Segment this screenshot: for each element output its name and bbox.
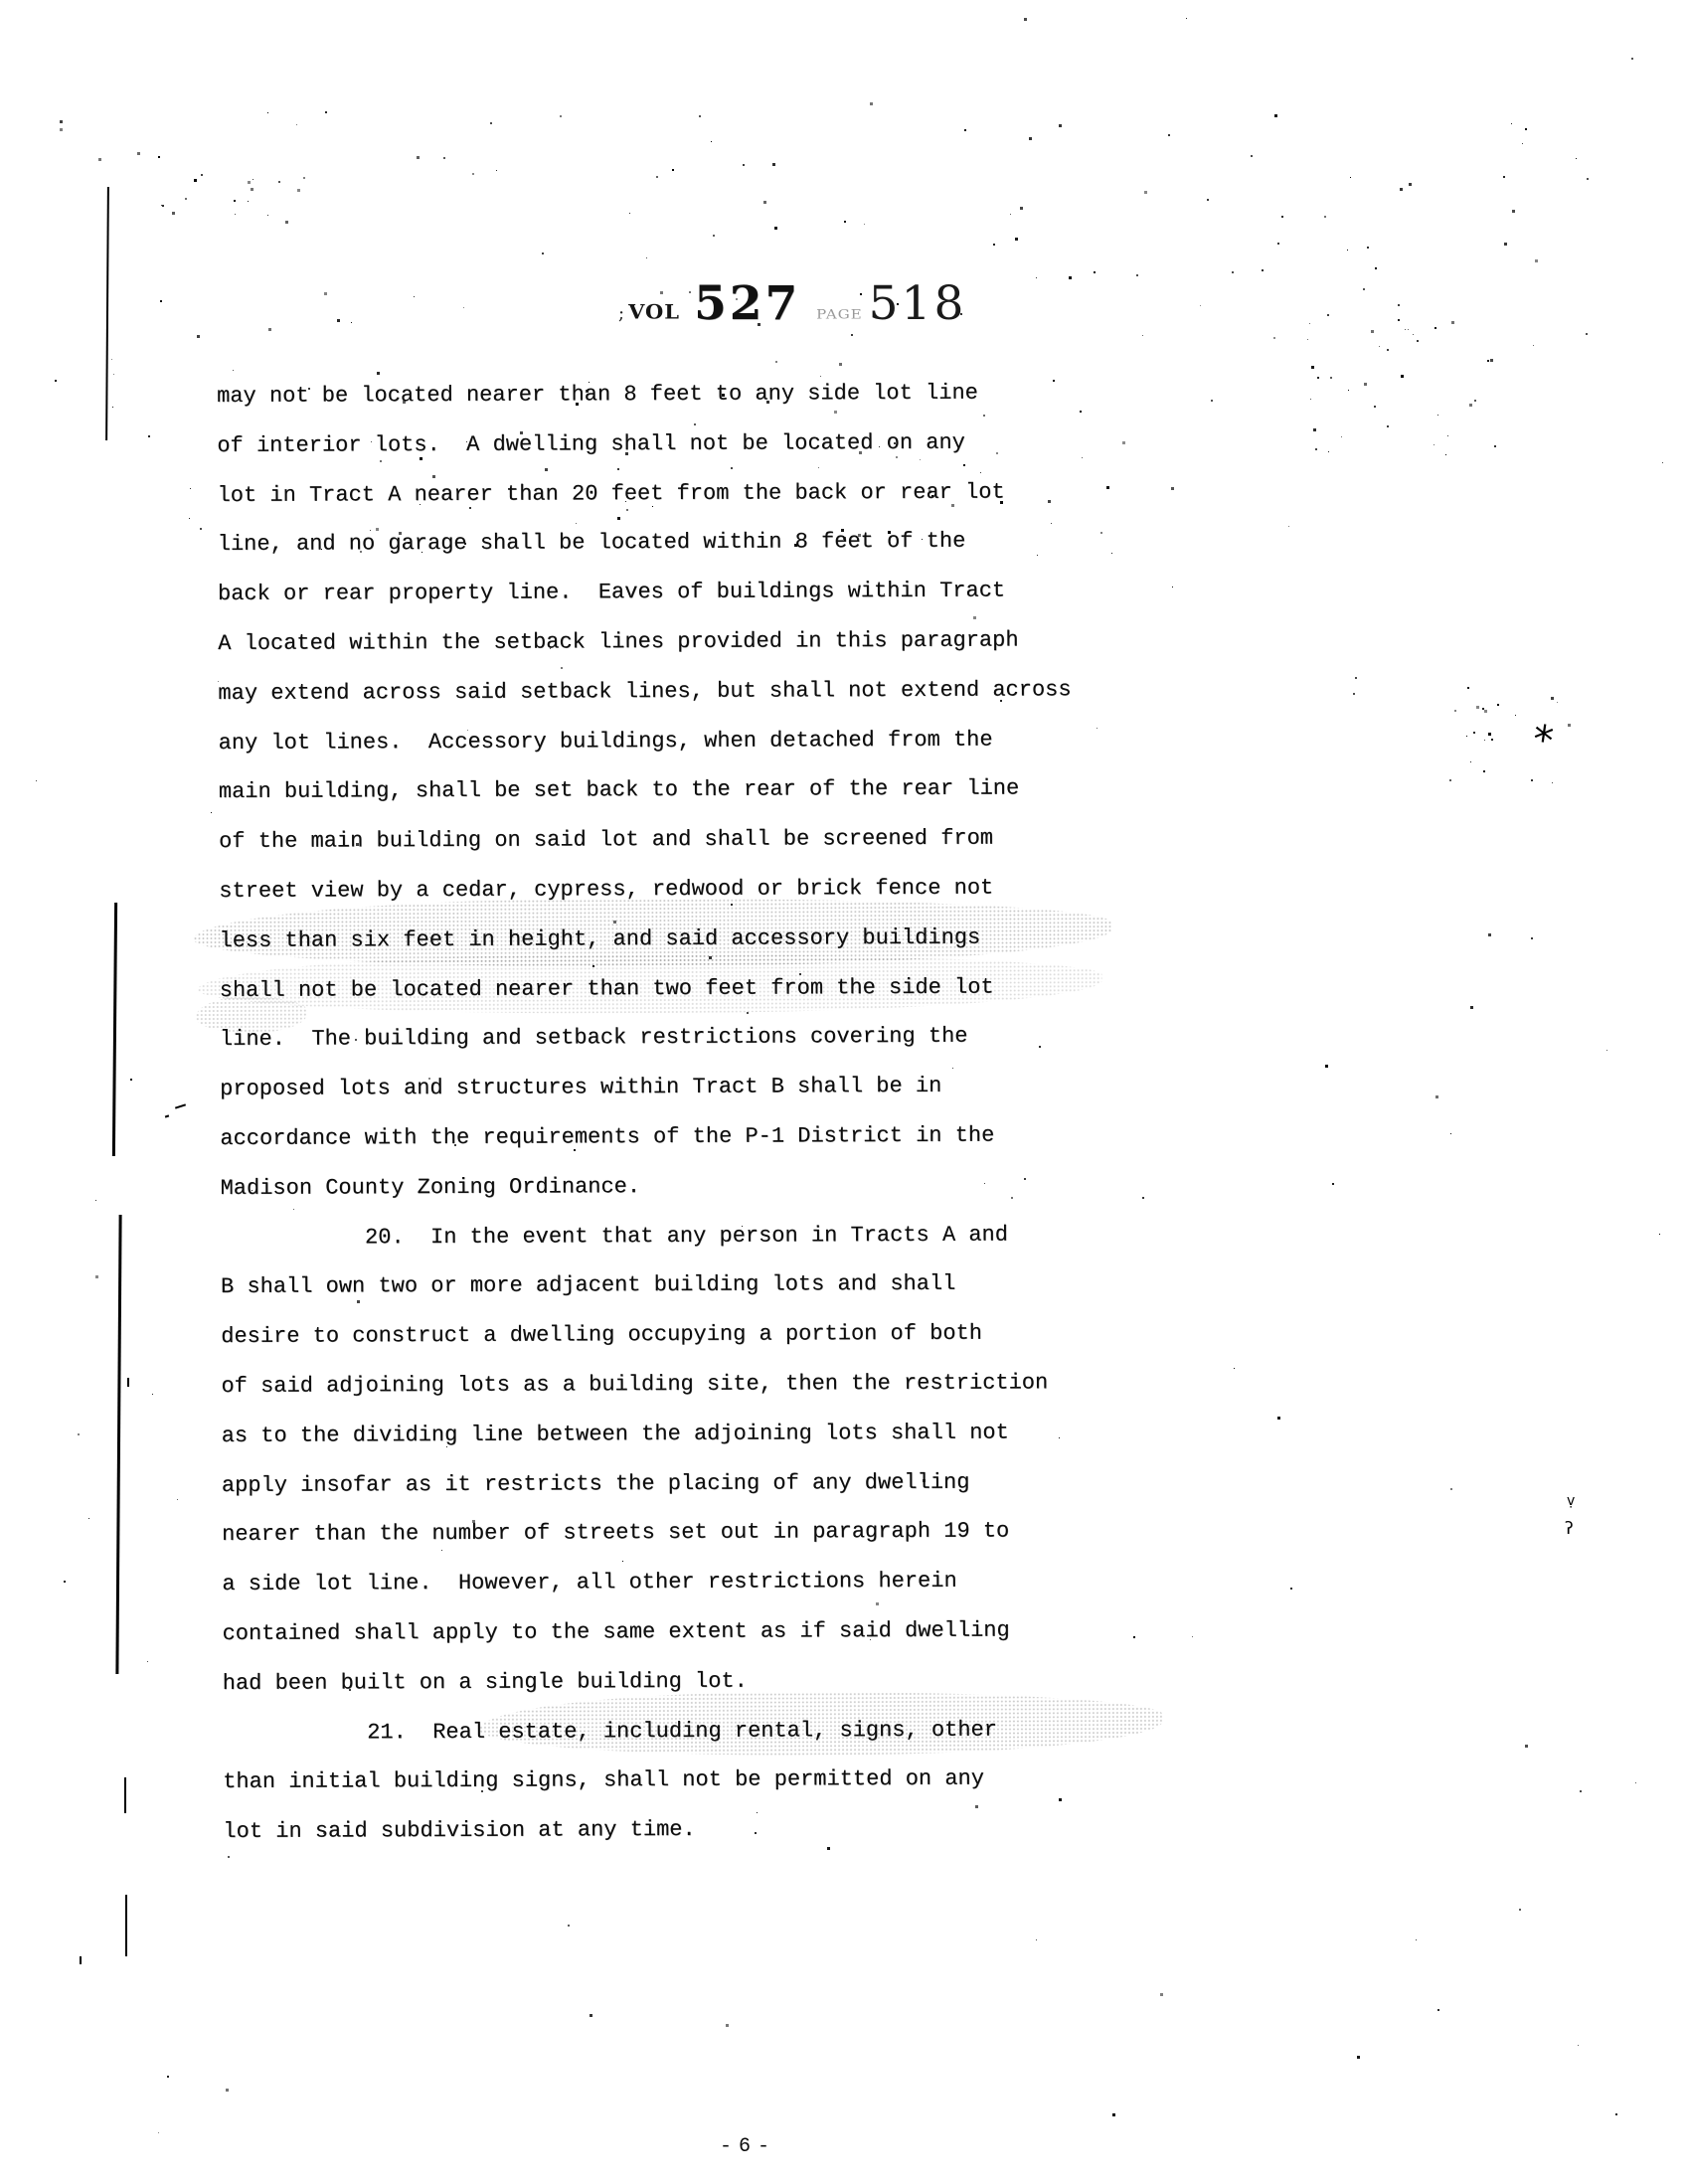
- noise-speck: [185, 198, 187, 200]
- noise-speck: [1635, 1782, 1636, 1783]
- noise-speck: [200, 528, 202, 530]
- noise-speck: [278, 181, 280, 183]
- noise-speck: [248, 201, 249, 202]
- ink-tick-artifact: [80, 1956, 82, 1964]
- noise-speck: [774, 227, 777, 230]
- noise-speck: [1467, 687, 1469, 689]
- noise-speck: [1106, 486, 1109, 489]
- noise-speck: [1281, 216, 1283, 218]
- noise-speck: [1434, 444, 1435, 445]
- noise-speck: [189, 518, 190, 519]
- noise-speck: [1347, 250, 1348, 251]
- noise-speck: [775, 361, 777, 363]
- noise-speck: [267, 112, 268, 113]
- noise-speck: [1160, 1993, 1163, 1996]
- noise-speck: [1466, 736, 1467, 737]
- noise-speck: [1142, 1197, 1144, 1199]
- noise-speck: [55, 380, 57, 382]
- text-line: had been built on a single building lot.: [223, 1655, 1101, 1709]
- text-line: of said adjoining lots as a building sit…: [221, 1358, 1099, 1412]
- noise-speck: [1488, 933, 1491, 936]
- noise-speck: [1328, 451, 1329, 452]
- noise-speck: [1447, 435, 1448, 436]
- noise-speck: [158, 156, 160, 158]
- noise-speck: [1497, 704, 1499, 706]
- noise-speck: [78, 1433, 80, 1435]
- margin-ink-mark: ʔ: [1565, 1519, 1574, 1539]
- noise-speck: [1332, 1183, 1334, 1185]
- noise-speck: [1094, 271, 1096, 273]
- noise-speck: [1504, 243, 1507, 246]
- noise-speck: [1122, 441, 1125, 444]
- noise-speck: [1015, 238, 1018, 241]
- noise-speck: [844, 221, 846, 223]
- noise-speck: [1069, 276, 1072, 279]
- noise-speck: [743, 164, 745, 166]
- text-line: proposed lots and structures within Trac…: [220, 1061, 1098, 1114]
- noise-speck: [1171, 487, 1174, 490]
- noise-speck: [1578, 2045, 1579, 2046]
- noise-speck: [1313, 428, 1316, 431]
- noise-speck: [1522, 143, 1523, 144]
- noise-speck: [1350, 177, 1351, 178]
- noise-speck: [1450, 1488, 1452, 1490]
- noise-speck: [201, 174, 203, 176]
- noise-speck: [1606, 1050, 1607, 1051]
- noise-speck: [267, 215, 268, 216]
- noise-speck: [1309, 323, 1310, 324]
- noise-speck: [1290, 1588, 1292, 1590]
- text-line: lot in said subdivision at any time.: [223, 1803, 1101, 1857]
- noise-speck: [1330, 377, 1332, 379]
- noise-speck: [167, 2076, 169, 2078]
- noise-speck: [60, 128, 63, 131]
- noise-speck: [1200, 305, 1201, 306]
- noise-speck: [1325, 1065, 1328, 1068]
- noise-speck: [248, 181, 251, 184]
- noise-speck: [1387, 425, 1389, 427]
- noise-speck: [1437, 415, 1438, 416]
- noise-speck: [1059, 124, 1062, 127]
- noise-speck: [1484, 710, 1487, 713]
- noise-speck: [137, 152, 140, 155]
- noise-speck: [147, 1661, 148, 1662]
- noise-speck: [1488, 733, 1491, 736]
- noise-speck: [296, 124, 297, 125]
- noise-speck: [443, 157, 445, 159]
- noise-speck: [111, 359, 112, 360]
- noise-speck: [772, 163, 775, 166]
- noise-speck: [1374, 406, 1376, 408]
- scan-line-artifact: [124, 1777, 126, 1813]
- noise-speck: [1010, 214, 1011, 215]
- noise-speck: [158, 2132, 159, 2133]
- noise-speck: [1310, 399, 1311, 400]
- noise-speck: [197, 335, 200, 338]
- ink-tick-artifact: [175, 1103, 186, 1108]
- noise-speck: [152, 1394, 153, 1395]
- noise-speck: [36, 780, 37, 781]
- noise-speck: [1355, 677, 1357, 679]
- noise-speck: [161, 205, 162, 206]
- noise-speck: [1315, 448, 1317, 450]
- noise-speck: [226, 2089, 229, 2092]
- noise-speck: [1586, 333, 1588, 335]
- noise-speck: [1487, 360, 1489, 362]
- noise-speck: [160, 300, 162, 302]
- noise-speck: [490, 122, 492, 124]
- noise-speck: [1533, 345, 1534, 346]
- noise-speck: [1211, 400, 1213, 402]
- noise-speck: [1512, 210, 1515, 213]
- noise-speck: [851, 334, 853, 336]
- noise-speck: [864, 224, 865, 225]
- noise-speck: [656, 176, 658, 178]
- text-line: nearer than the number of streets set ou…: [222, 1506, 1100, 1560]
- noise-speck: [1408, 329, 1409, 330]
- noise-speck: [1371, 330, 1374, 333]
- noise-speck: [1490, 359, 1493, 362]
- noise-speck: [1100, 532, 1102, 534]
- text-line: line. The building and setback restricti…: [220, 1011, 1098, 1065]
- noise-speck: [1277, 243, 1279, 245]
- noise-speck: [1307, 339, 1308, 340]
- stamp-ink-speck: ;: [618, 303, 624, 324]
- text-line: a side lot line. However, all other rest…: [222, 1556, 1100, 1609]
- noise-speck: [1112, 2113, 1115, 2116]
- noise-speck: [672, 169, 674, 171]
- noise-speck: [1020, 207, 1023, 210]
- noise-speck: [1476, 706, 1479, 709]
- noise-speck: [713, 235, 715, 237]
- noise-speck: [1568, 724, 1571, 727]
- noise-speck: [1353, 693, 1355, 695]
- noise-speck: [1576, 158, 1577, 159]
- noise-speck: [1491, 739, 1493, 741]
- noise-speck: [1172, 587, 1173, 588]
- noise-speck: [1379, 346, 1380, 347]
- noise-speck: [1192, 1636, 1193, 1637]
- noise-speck: [699, 115, 701, 117]
- noise-speck: [1324, 216, 1326, 218]
- noise-speck: [1503, 176, 1505, 178]
- noise-speck: [235, 214, 236, 215]
- noise-speck: [60, 120, 63, 123]
- noise-speck: [1024, 18, 1027, 21]
- stamp-page-number: 518: [869, 276, 967, 331]
- text-line: apply insofar as it restricts the placin…: [222, 1457, 1100, 1511]
- noise-speck: [1273, 337, 1275, 339]
- scan-line-artifact: [115, 1215, 121, 1674]
- noise-speck: [1552, 782, 1553, 783]
- noise-speck: [1363, 288, 1365, 290]
- noise-speck: [351, 322, 352, 323]
- text-line: shall not be located nearer than two fee…: [220, 962, 1098, 1016]
- noise-speck: [1454, 710, 1456, 712]
- stamp-vol-number: 527: [694, 276, 800, 331]
- noise-speck: [414, 296, 415, 297]
- scan-line-artifact: [112, 903, 117, 1156]
- noise-speck: [560, 115, 562, 117]
- noise-speck: [177, 1499, 178, 1500]
- noise-speck: [1142, 335, 1143, 336]
- noise-speck: [1111, 553, 1112, 554]
- noise-speck: [1398, 319, 1400, 321]
- noise-speck: [148, 435, 150, 437]
- noise-speck: [1168, 134, 1170, 136]
- noise-speck: [1327, 314, 1329, 316]
- noise-speck: [1417, 340, 1419, 342]
- noise-speck: [1474, 400, 1476, 402]
- noise-speck: [1207, 199, 1209, 201]
- scanned-document-page: * ṿ ʔ ; VOL 527 PAGE 518 may not be loca…: [0, 0, 1688, 2184]
- scan-line-artifact: [105, 187, 109, 440]
- noise-speck: [234, 200, 236, 202]
- ink-tick-artifact: [127, 1378, 129, 1387]
- text-line: street view by a cedar, cypress, redwood…: [219, 863, 1097, 917]
- volume-page-stamp: ; VOL 527 PAGE 518: [618, 276, 966, 331]
- text-line: may not be located nearer than 8 feet to…: [217, 368, 1096, 421]
- noise-speck: [1341, 436, 1342, 437]
- noise-speck: [1435, 1095, 1438, 1098]
- noise-speck: [303, 177, 305, 179]
- document-body: may not be located nearer than 8 feet to…: [217, 368, 1102, 1857]
- noise-speck: [1375, 267, 1377, 269]
- noise-speck: [1416, 1939, 1417, 1940]
- noise-speck: [1470, 761, 1471, 762]
- noise-speck: [646, 257, 647, 258]
- text-line: 21. Real estate, including rental, signs…: [223, 1705, 1101, 1759]
- noise-speck: [964, 129, 966, 131]
- noise-speck: [324, 292, 327, 295]
- text-line: main building, shall be set back to the …: [219, 764, 1097, 818]
- noise-speck: [1469, 404, 1472, 407]
- text-line: desire to construct a dwelling occupying…: [221, 1308, 1099, 1362]
- noise-speck: [1274, 114, 1277, 117]
- text-line: contained shall apply to the same extent…: [222, 1605, 1100, 1659]
- noise-speck: [253, 179, 253, 180]
- noise-speck: [1580, 1790, 1582, 1792]
- noise-speck: [1525, 128, 1527, 130]
- noise-speck: [325, 111, 327, 113]
- noise-speck: [1413, 334, 1414, 335]
- noise-speck: [1398, 304, 1400, 306]
- noise-speck: [1136, 274, 1138, 276]
- noise-speck: [1036, 277, 1037, 278]
- noise-speck: [1587, 178, 1589, 180]
- margin-ink-mark: ṿ: [1567, 1493, 1575, 1509]
- noise-speck: [1367, 247, 1369, 249]
- noise-speck: [337, 319, 340, 322]
- noise-speck: [1535, 259, 1538, 262]
- noise-speck: [417, 156, 420, 159]
- noise-speck: [1387, 349, 1389, 351]
- noise-speck: [1357, 2056, 1360, 2059]
- noise-speck: [1409, 183, 1412, 186]
- noise-speck: [64, 1581, 66, 1583]
- noise-speck: [1551, 697, 1554, 700]
- text-line: may extend across said setback lines, bu…: [218, 665, 1097, 719]
- noise-speck: [763, 201, 766, 204]
- noise-speck: [1515, 715, 1516, 716]
- noise-speck: [839, 363, 842, 366]
- page-number-footer: -6-: [720, 2135, 776, 2158]
- noise-speck: [1144, 191, 1147, 194]
- noise-speck: [542, 252, 544, 254]
- noise-speck: [1348, 390, 1349, 391]
- noise-speck: [1186, 18, 1187, 19]
- noise-speck: [590, 2014, 592, 2017]
- ink-tick-artifact: [165, 1114, 169, 1117]
- noise-speck: [1234, 1368, 1235, 1369]
- noise-speck: [1288, 526, 1289, 527]
- noise-speck: [162, 205, 164, 207]
- noise-speck: [297, 189, 300, 192]
- text-line: any lot lines. Accessory buildings, when…: [219, 715, 1097, 768]
- noise-speck: [130, 1079, 132, 1081]
- text-line: line, and no garage shall be located wit…: [218, 517, 1097, 571]
- noise-speck: [463, 307, 464, 308]
- text-line: of the main building on said lot and sha…: [219, 813, 1097, 867]
- noise-speck: [194, 179, 197, 182]
- noise-speck: [1445, 454, 1446, 455]
- noise-speck: [993, 244, 995, 246]
- noise-speck: [711, 141, 712, 142]
- text-line: B shall own two or more adjacent buildin…: [221, 1259, 1099, 1312]
- noise-speck: [1662, 462, 1663, 463]
- noise-speck: [1405, 329, 1406, 330]
- noise-speck: [1494, 445, 1496, 447]
- stamp-vol-label: VOL: [628, 300, 680, 323]
- noise-speck: [98, 158, 101, 161]
- text-line: A located within the setback lines provi…: [218, 615, 1097, 669]
- noise-speck: [1557, 702, 1558, 703]
- noise-speck: [1451, 321, 1454, 324]
- noise-speck: [1483, 770, 1485, 772]
- noise-speck: [1449, 779, 1451, 781]
- noise-speck: [268, 328, 271, 331]
- text-line: 20. In the event that any person in Trac…: [221, 1210, 1099, 1263]
- noise-speck: [285, 221, 288, 224]
- noise-speck: [629, 213, 630, 214]
- noise-speck: [1531, 937, 1533, 939]
- noise-speck: [1251, 155, 1253, 157]
- noise-speck: [472, 173, 474, 175]
- noise-speck: [1659, 1234, 1660, 1235]
- noise-speck: [1133, 1636, 1135, 1638]
- noise-speck: [1470, 1006, 1473, 1009]
- noise-speck: [88, 1518, 89, 1519]
- noise-speck: [1364, 383, 1367, 386]
- noise-speck: [1036, 1939, 1037, 1940]
- noise-speck: [726, 2024, 729, 2027]
- text-line: back or rear property line. Eaves of bui…: [218, 566, 1097, 619]
- stamp-page-label: PAGE: [816, 306, 862, 321]
- noise-speck: [113, 374, 114, 375]
- noise-speck: [1277, 1417, 1280, 1420]
- text-line: than initial building signs, shall not b…: [223, 1754, 1101, 1807]
- noise-speck: [1525, 1745, 1528, 1748]
- text-line: lot in Tract A nearer than 20 feet from …: [217, 467, 1096, 521]
- noise-speck: [1615, 2113, 1617, 2115]
- text-line: Madison County Zoning Ordinance.: [220, 1160, 1098, 1214]
- noise-speck: [1519, 1909, 1521, 1911]
- noise-speck: [95, 1200, 96, 1201]
- noise-speck: [1511, 123, 1512, 124]
- noise-speck: [211, 812, 212, 813]
- text-line: accordance with the requirements of the …: [220, 1110, 1098, 1164]
- noise-speck: [1435, 327, 1436, 329]
- noise-speck: [172, 212, 175, 215]
- noise-speck: [95, 1275, 98, 1278]
- noise-speck: [1531, 779, 1533, 781]
- text-line: of interior lots. A dwelling shall not b…: [217, 418, 1096, 471]
- scan-line-artifact: [125, 1895, 127, 1956]
- noise-speck: [1450, 1133, 1451, 1134]
- noise-speck: [1400, 188, 1403, 191]
- noise-speck: [1317, 377, 1319, 379]
- noise-speck: [1311, 366, 1314, 369]
- noise-speck: [233, 370, 234, 371]
- noise-speck: [1631, 58, 1633, 60]
- noise-speck: [1484, 740, 1485, 741]
- noise-speck: [1401, 375, 1404, 378]
- noise-speck: [1437, 2009, 1439, 2011]
- noise-speck: [1029, 137, 1032, 140]
- text-line: less than six feet in height, and said a…: [219, 913, 1097, 966]
- text-line: as to the dividing line between the adjo…: [222, 1408, 1100, 1461]
- noise-speck: [112, 407, 113, 408]
- margin-asterisk-mark: *: [1530, 717, 1556, 764]
- noise-speck: [1262, 269, 1264, 271]
- noise-speck: [568, 1925, 570, 1927]
- noise-speck: [870, 102, 873, 105]
- noise-speck: [251, 188, 253, 191]
- noise-speck: [190, 488, 191, 489]
- noise-speck: [1473, 732, 1475, 734]
- noise-speck: [496, 170, 497, 171]
- noise-speck: [1232, 271, 1234, 273]
